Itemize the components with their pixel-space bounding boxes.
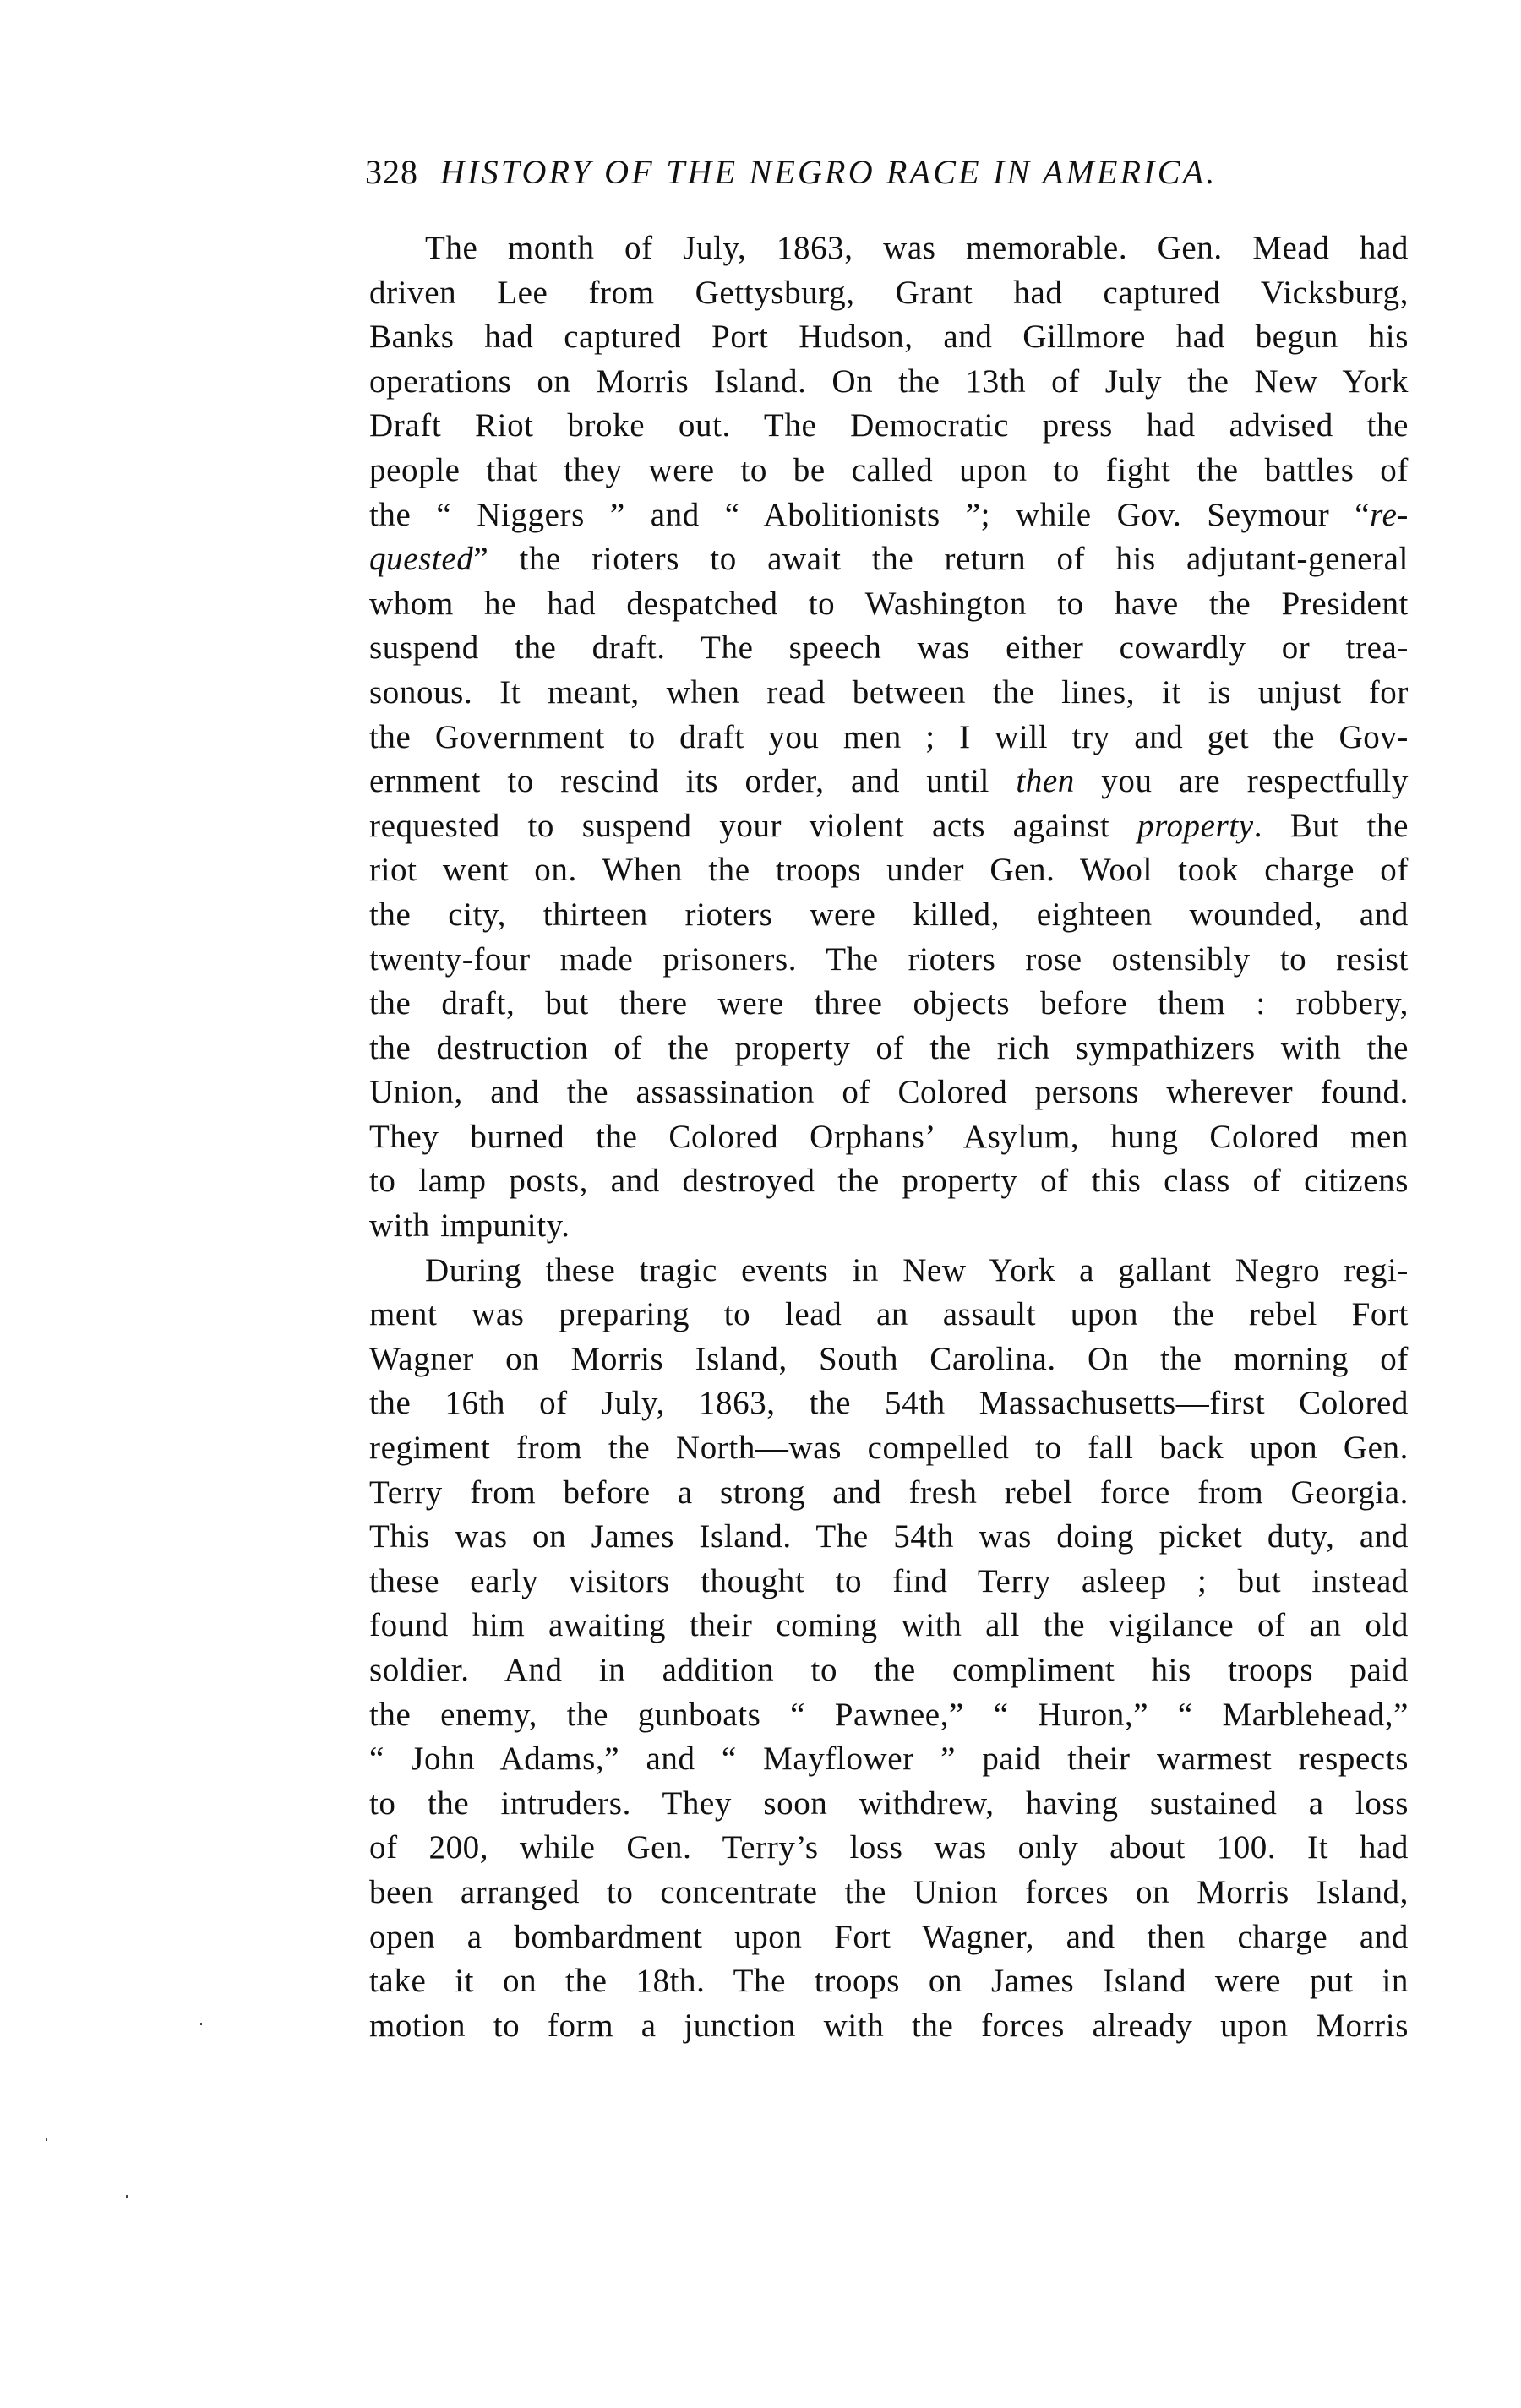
text-line: The month of July, 1863, was memorable. …	[369, 226, 1409, 271]
text-line: open a bombardment upon Fort Wagner, and…	[369, 1915, 1409, 1960]
text-line: requested to suspend your violent acts a…	[369, 804, 1409, 849]
text-line: They burned the Colored Orphans’ Asylum,…	[369, 1115, 1409, 1160]
text-fragment: the “ Niggers ” and “ Abolitionists ”; w…	[369, 497, 1370, 533]
italic-fragment: then	[1016, 763, 1075, 799]
italic-fragment: quested	[369, 541, 473, 577]
text-line: the enemy, the gunboats “ Pawnee,” “ Hur…	[369, 1693, 1409, 1738]
text-line: the destruction of the property of the r…	[369, 1027, 1409, 1071]
text-line: soldier. And in addition to the complime…	[369, 1648, 1409, 1693]
text-line: suspend the draft. The speech was either…	[369, 626, 1409, 671]
paragraph-1: The month of July, 1863, was memorable. …	[369, 226, 1409, 1249]
italic-fragment: re-	[1370, 497, 1409, 533]
running-title: HISTORY OF THE NEGRO RACE IN AMERICA.	[440, 153, 1218, 191]
running-head: 328 HISTORY OF THE NEGRO RACE IN AMERICA…	[365, 149, 1345, 196]
print-speck	[46, 2138, 47, 2141]
text-line: to lamp posts, and destroyed the propert…	[369, 1159, 1409, 1204]
text-line: During these tragic events in New York a…	[369, 1249, 1409, 1294]
text-line: the 16th of July, 1863, the 54th Massach…	[369, 1381, 1409, 1426]
text-line: Union, and the assassination of Colored …	[369, 1071, 1409, 1115]
text-fragment: . But the	[1254, 808, 1409, 844]
text-fragment: ” the rioters to await the return of his…	[473, 541, 1409, 577]
text-fragment: requested to suspend your violent acts a…	[369, 808, 1137, 844]
body-text: The month of July, 1863, was memorable. …	[369, 226, 1409, 2048]
text-line: ernment to rescind its order, and until …	[369, 760, 1409, 804]
text-line: operations on Morris Island. On the 13th…	[369, 360, 1409, 405]
text-fragment: you are respectfully	[1075, 763, 1409, 799]
paragraph-2: During these tragic events in New York a…	[369, 1249, 1409, 2049]
print-speck	[200, 2023, 202, 2025]
text-line: people that they were to be called upon …	[369, 449, 1409, 493]
print-speck	[126, 2195, 128, 2198]
text-line: of 200, while Gen. Terry’s loss was only…	[369, 1826, 1409, 1871]
text-line: ment was preparing to lead an assault up…	[369, 1293, 1409, 1337]
text-line: the “ Niggers ” and “ Abolitionists ”; w…	[369, 493, 1409, 538]
text-line: riot went on. When the troops under Gen.…	[369, 848, 1409, 893]
text-line: Terry from before a strong and fresh reb…	[369, 1471, 1409, 1516]
text-line: Wagner on Morris Island, South Carolina.…	[369, 1337, 1409, 1382]
text-line: This was on James Island. The 54th was d…	[369, 1515, 1409, 1560]
text-line: Banks had captured Port Hudson, and Gill…	[369, 315, 1409, 360]
text-line: twenty-four made prisoners. The rioters …	[369, 938, 1409, 983]
text-line: the Government to draft you men ; I will…	[369, 716, 1409, 760]
text-line: quested” the rioters to await the return…	[369, 537, 1409, 582]
text-line: these early visitors thought to find Ter…	[369, 1560, 1409, 1604]
text-fragment: ernment to rescind its order, and until	[369, 763, 1016, 799]
text-line: driven Lee from Gettysburg, Grant had ca…	[369, 271, 1409, 316]
book-page: 328 HISTORY OF THE NEGRO RACE IN AMERICA…	[0, 0, 1521, 2408]
text-line: been arranged to concentrate the Union f…	[369, 1871, 1409, 1915]
text-line: take it on the 18th. The troops on James…	[369, 1959, 1409, 2004]
italic-fragment: property	[1137, 808, 1254, 844]
text-line: to the intruders. They soon withdrew, ha…	[369, 1782, 1409, 1827]
page-number: 328	[365, 153, 418, 191]
text-line: motion to form a junction with the force…	[369, 2004, 1409, 2049]
text-line: the city, thirteen rioters were killed, …	[369, 893, 1409, 938]
text-line: whom he had despatched to Washington to …	[369, 582, 1409, 627]
text-line: Draft Riot broke out. The Democratic pre…	[369, 404, 1409, 449]
text-line: sonous. It meant, when read between the …	[369, 671, 1409, 716]
text-line: regiment from the North—was compelled to…	[369, 1426, 1409, 1471]
text-line: with impunity.	[369, 1204, 1409, 1249]
text-line: “ John Adams,” and “ Mayflower ” paid th…	[369, 1737, 1409, 1782]
text-line: found him awaiting their coming with all…	[369, 1604, 1409, 1648]
text-line: the draft, but there were three objects …	[369, 982, 1409, 1027]
